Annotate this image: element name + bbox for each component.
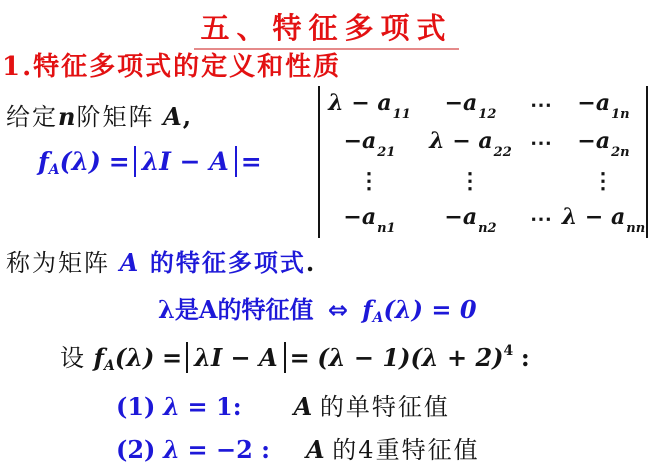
matrix-cell-r4c4: λ − ann [562, 204, 644, 233]
matrix-cell-r1c2: −a12 [445, 90, 496, 119]
case-2-number: (2) [116, 435, 155, 464]
suppose-she: 设 [60, 344, 86, 372]
equiv-f: f [362, 295, 372, 324]
determinant-matrix: λ − a11 −a12 ⋯ −a1n −a21 λ − a22 ⋯ −a2n … [318, 86, 648, 238]
matrix-cell-r1c4: −a1n [577, 90, 628, 119]
case-2-lambda: λ [163, 435, 180, 464]
equiv-f-subscript: A [373, 310, 384, 326]
formula-equals: = [109, 147, 130, 176]
suppose-equals-2: = [290, 343, 310, 372]
formula-args: (λ) [60, 147, 101, 176]
equiv-lhs: λ是A的特征值 [158, 295, 313, 324]
page-title-text: 五、特征多项式 [194, 6, 458, 50]
iff-arrow: ⇔ [322, 296, 354, 324]
section-heading: 1.特征多项式的定义和性质 [2, 46, 341, 83]
case-1-condition: = 1: [188, 392, 242, 421]
example-polynomial-line: 设 fA(λ) =λI − A= (λ − 1)(λ + 2)4 : [60, 338, 530, 373]
matrix-cell-r3c4-vdots: ⋮ [592, 168, 614, 194]
intro-n: n [58, 102, 76, 131]
matrix-cell-r4c2: −an2 [444, 204, 495, 233]
formula-f: f [38, 147, 49, 176]
definition-formula: fA(λ) =λI − A= [38, 146, 262, 177]
matrix-cell-r2c2: λ − a22 [429, 128, 511, 157]
page-title: 五、特征多项式 [0, 6, 653, 50]
formula-f-subscript: A [49, 162, 60, 178]
matrix-cell-r4c1: −an1 [343, 204, 394, 233]
suppose-colon: : [521, 343, 530, 372]
intro-order: 阶矩阵 [76, 103, 154, 131]
intro-A: A [163, 102, 183, 131]
case-2-description: 的4重特征值 [332, 436, 479, 464]
lecture-slide: 五、特征多项式 1.特征多项式的定义和性质 给定n阶矩阵 A, fA(λ) =λ… [0, 0, 653, 467]
suppose-f-subscript: A [104, 358, 115, 374]
called-line: 称为矩阵 A 的特征多项式. [6, 243, 316, 278]
matrix-cell-r1c3-hdots: ⋯ [530, 92, 552, 118]
suppose-factors: (λ − 1)(λ + 2) [317, 343, 503, 372]
formula-determinant-expression: λI − A [134, 146, 237, 177]
case-1-A: A [294, 392, 313, 421]
case-2-condition: = −2 : [188, 435, 271, 464]
called-prefix: 称为矩阵 [6, 249, 110, 277]
suppose-power: 4 [504, 343, 514, 359]
matrix-cell-r2c1: −a21 [344, 128, 395, 157]
called-rest: 的特征多项式 [150, 248, 306, 277]
case-1-description: 的单特征值 [320, 393, 450, 421]
matrix-cell-r1c1: λ − a11 [328, 90, 410, 119]
suppose-equals: = [162, 343, 182, 372]
case-1-number: (1) [116, 392, 155, 421]
case-2-A: A [306, 435, 325, 464]
intro-given: 给定 [6, 103, 58, 131]
matrix-cell-r2c4: −a2n [577, 128, 628, 157]
eigenvalue-equivalence-line: λ是A的特征值 ⇔ fA(λ) = 0 [158, 290, 477, 325]
matrix-cell-r3c2-vdots: ⋮ [459, 168, 481, 194]
matrix-cell-r4c3-hdots: ⋯ [530, 206, 552, 232]
intro-line: 给定n阶矩阵 A, [6, 97, 192, 132]
suppose-args: (λ) [115, 343, 155, 372]
suppose-f: f [94, 343, 104, 372]
matrix-cell-r3c1-vdots: ⋮ [358, 168, 380, 194]
case-1-line: (1) λ = 1:A 的单特征值 [116, 387, 450, 422]
called-period: . [306, 248, 316, 277]
case-2-line: (2) λ = −2 :A 的4重特征值 [116, 430, 480, 465]
case-1-lambda: λ [163, 392, 180, 421]
suppose-determinant: λI − A [186, 342, 286, 373]
matrix-cell-r2c3-hdots: ⋯ [530, 130, 552, 156]
formula-equals-2: = [241, 147, 262, 176]
called-A: A [120, 248, 141, 277]
equiv-tail: (λ) = 0 [383, 295, 476, 324]
intro-comma: , [183, 102, 192, 131]
